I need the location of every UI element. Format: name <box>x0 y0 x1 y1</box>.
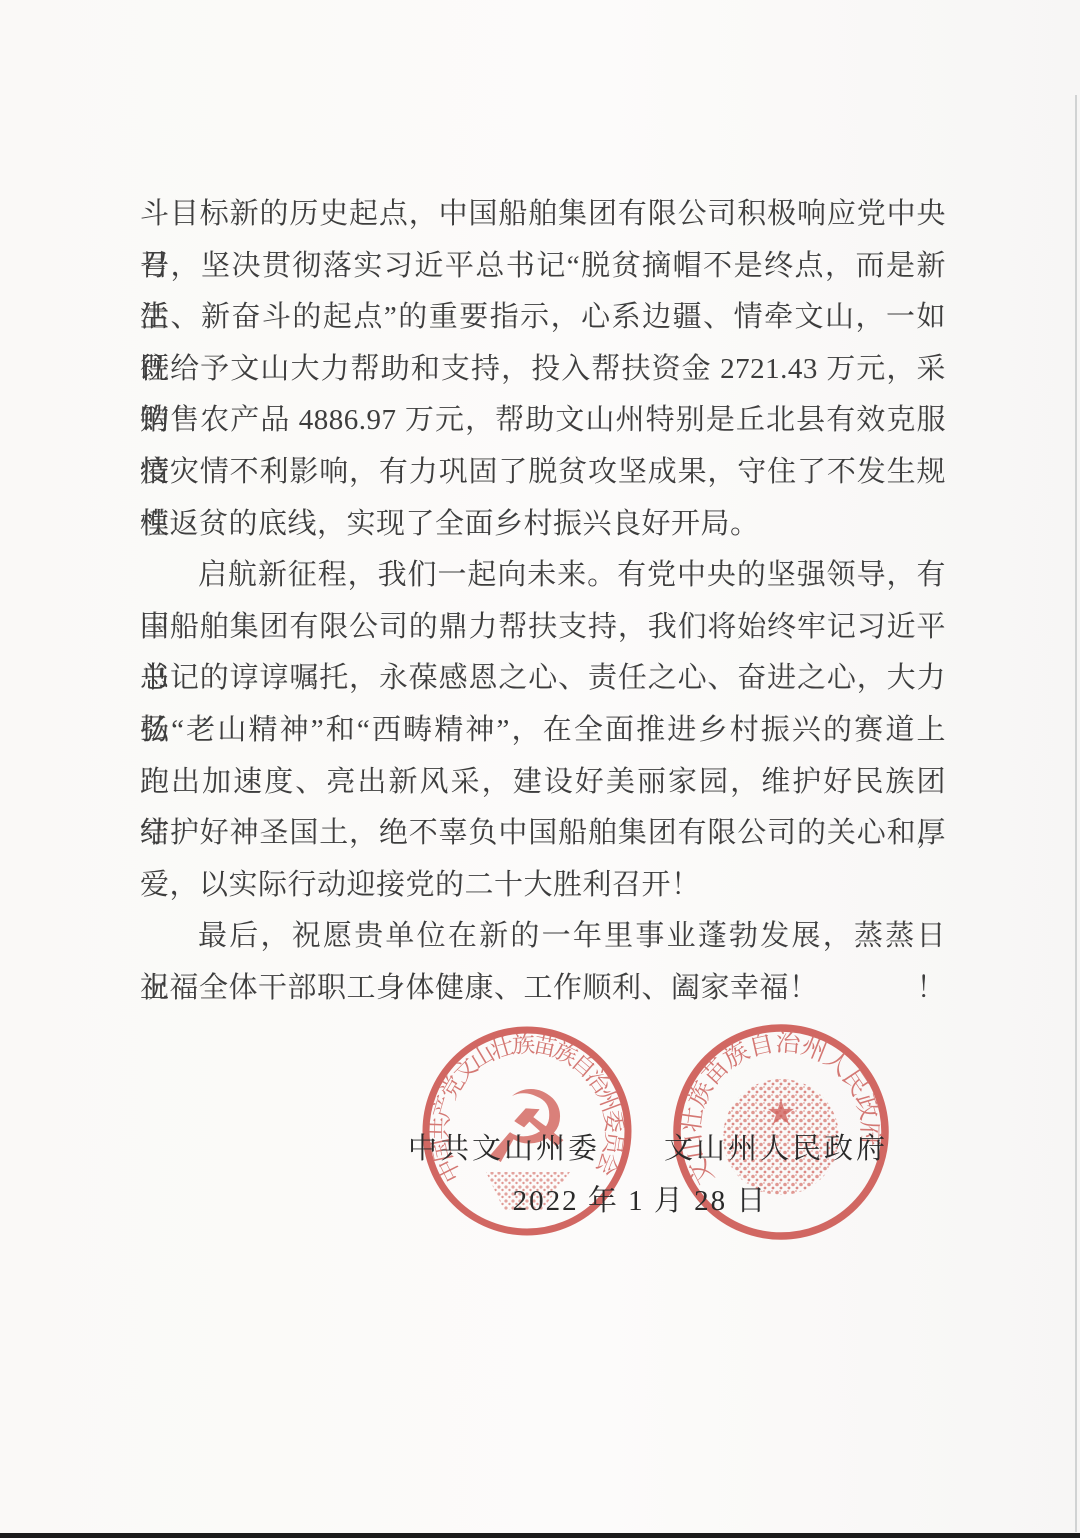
letter-body: 斗目标新的历史起点，中国船舶集团有限公司积极响应党中央号召，坚决贯彻落实习近平总… <box>140 189 946 1015</box>
signature-line: 中共文山州委 文山州人民政府 <box>340 1126 956 1167</box>
body-line: 性返贫的底线，实现了全面乡村振兴良好开局。 <box>140 499 946 551</box>
body-line: 扬“老山精神”和“西畴精神”，在全面推进乡村振兴的赛道上 <box>140 705 946 757</box>
body-line: 国船舶集团有限公司的鼎力帮扶支持，我们将始终牢记习近平总 <box>140 602 946 654</box>
date-line: 2022 年 1 月 28 日 <box>340 1178 940 1219</box>
body-line: 启航新征程，我们一起向未来。有党中央的坚强领导，有中 <box>140 550 946 602</box>
body-line: 斗目标新的历史起点，中国船舶集团有限公司积极响应党中央号 <box>140 189 946 241</box>
body-line: 跑出加速度、亮出新风采，建设好美丽家园，维护好民族团结， <box>140 757 946 809</box>
body-line: 召，坚决贯彻落实习近平总书记“脱贫摘帽不是终点，而是新生 <box>140 241 946 293</box>
body-line: 书记的谆谆嘱托，永葆感恩之心、责任之心、奋进之心，大力弘 <box>140 653 946 705</box>
body-line: 活、新奋斗的起点”的重要指示，心系边疆、情牵文山，一如既 <box>140 292 946 344</box>
scan-edge-line <box>1075 95 1077 1532</box>
body-line: 往给予文山大力帮助和支持，投入帮扶资金 2721.43 万元，采购 <box>140 344 946 396</box>
scan-bottom-bar <box>0 1533 1080 1538</box>
body-line: 爱，以实际行动迎接党的二十大胜利召开！ <box>140 860 946 912</box>
scanned-letter-page: 斗目标新的历史起点，中国船舶集团有限公司积极响应党中央号召，坚决贯彻落实习近平总… <box>0 0 1080 1538</box>
body-line: 守护好神圣国土，绝不辜负中国船舶集团有限公司的关心和厚 <box>140 808 946 860</box>
body-line: 最后，祝愿贵单位在新的一年里事业蓬勃发展，蒸蒸日上！ <box>140 911 946 963</box>
body-line: 情灾情不利影响，有力巩固了脱贫攻坚成果，守住了不发生规模 <box>140 447 946 499</box>
body-line: 销售农产品 4886.97 万元，帮助文山州特别是丘北县有效克服疫 <box>140 395 946 447</box>
